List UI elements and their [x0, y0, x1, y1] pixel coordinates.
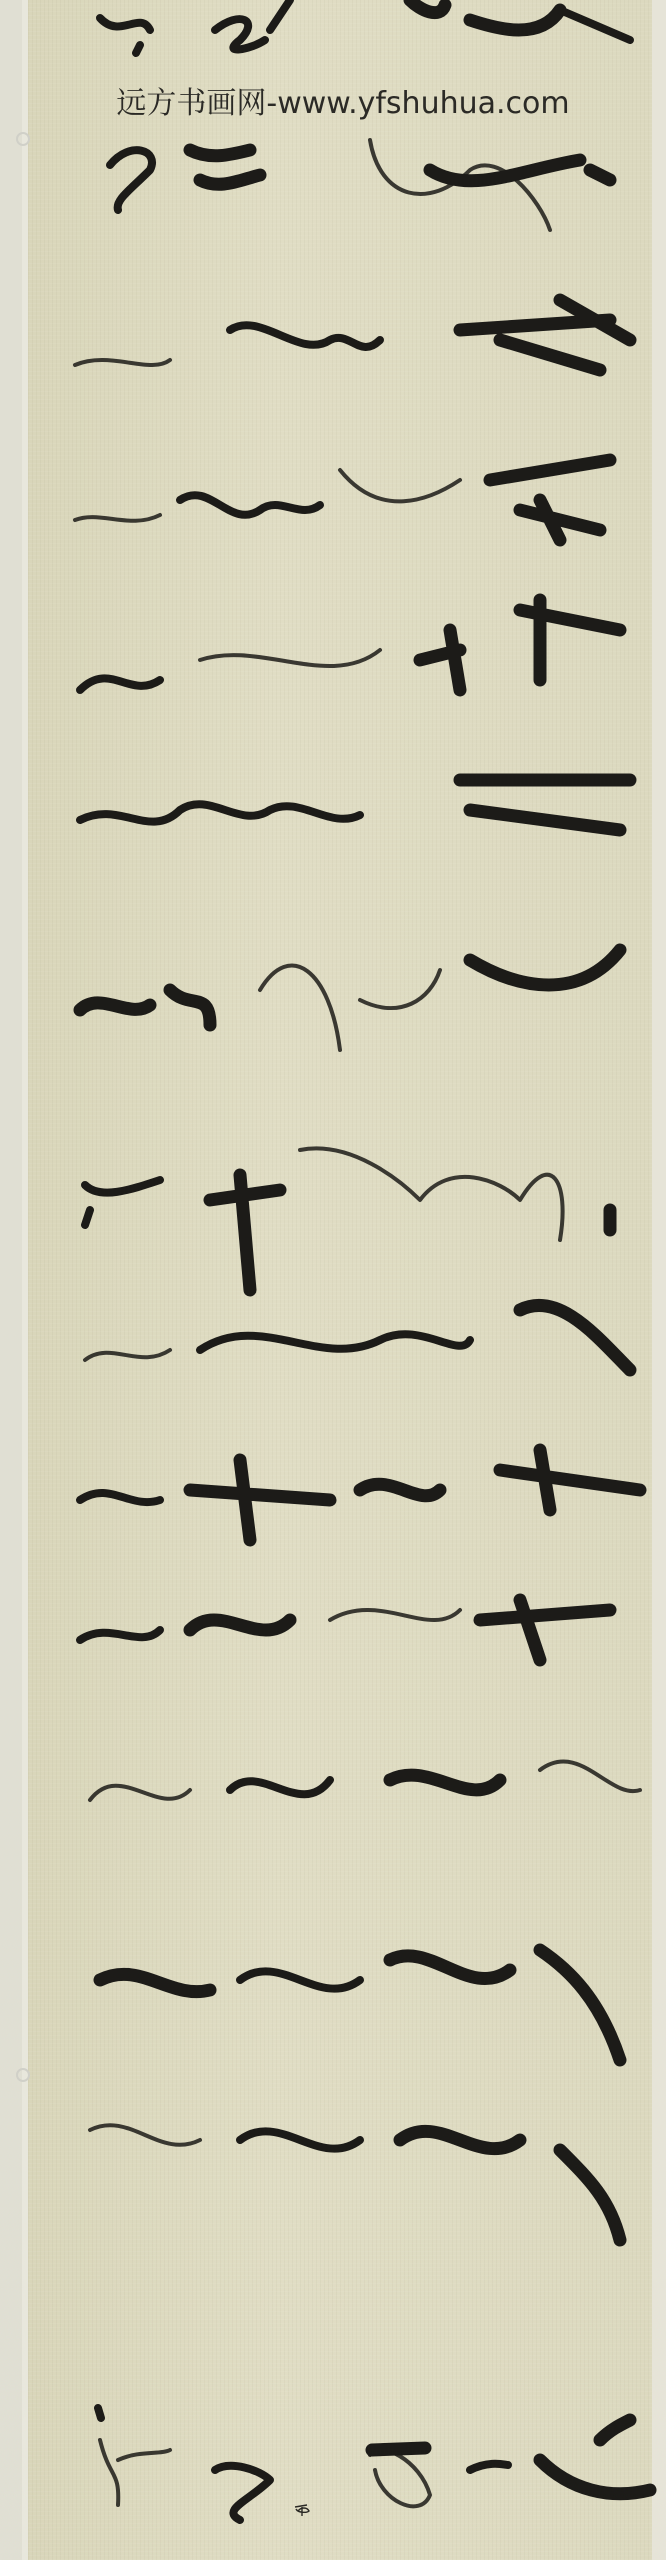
calligraphy-row-7 [85, 1148, 610, 1290]
calligraphy-row-6 [80, 950, 620, 1050]
watermark-text: 远方书画网-www.yfshuhua.com [0, 78, 666, 122]
calligraphy-row-14 [98, 2408, 650, 2520]
seal-stamp-icon [293, 2503, 313, 2519]
calligraphy-row-10 [80, 1600, 610, 1660]
calligraphy-row-3 [75, 460, 610, 540]
calligraphy-row-9 [80, 1450, 640, 1540]
calligraphy-row-1 [110, 140, 610, 230]
calligraphy-row-2 [75, 300, 630, 370]
calligraphy-row-8 [85, 1305, 630, 1370]
calligraphy-row-13 [90, 2125, 620, 2240]
calligraphy-row-0 [100, 0, 630, 53]
calligraphy-row-4 [80, 600, 620, 690]
calligraphy-strokes [0, 0, 666, 2560]
calligraphy-row-5 [80, 780, 630, 830]
calligraphy-row-12 [100, 1950, 620, 2060]
calligraphy-row-11 [90, 1762, 640, 1800]
